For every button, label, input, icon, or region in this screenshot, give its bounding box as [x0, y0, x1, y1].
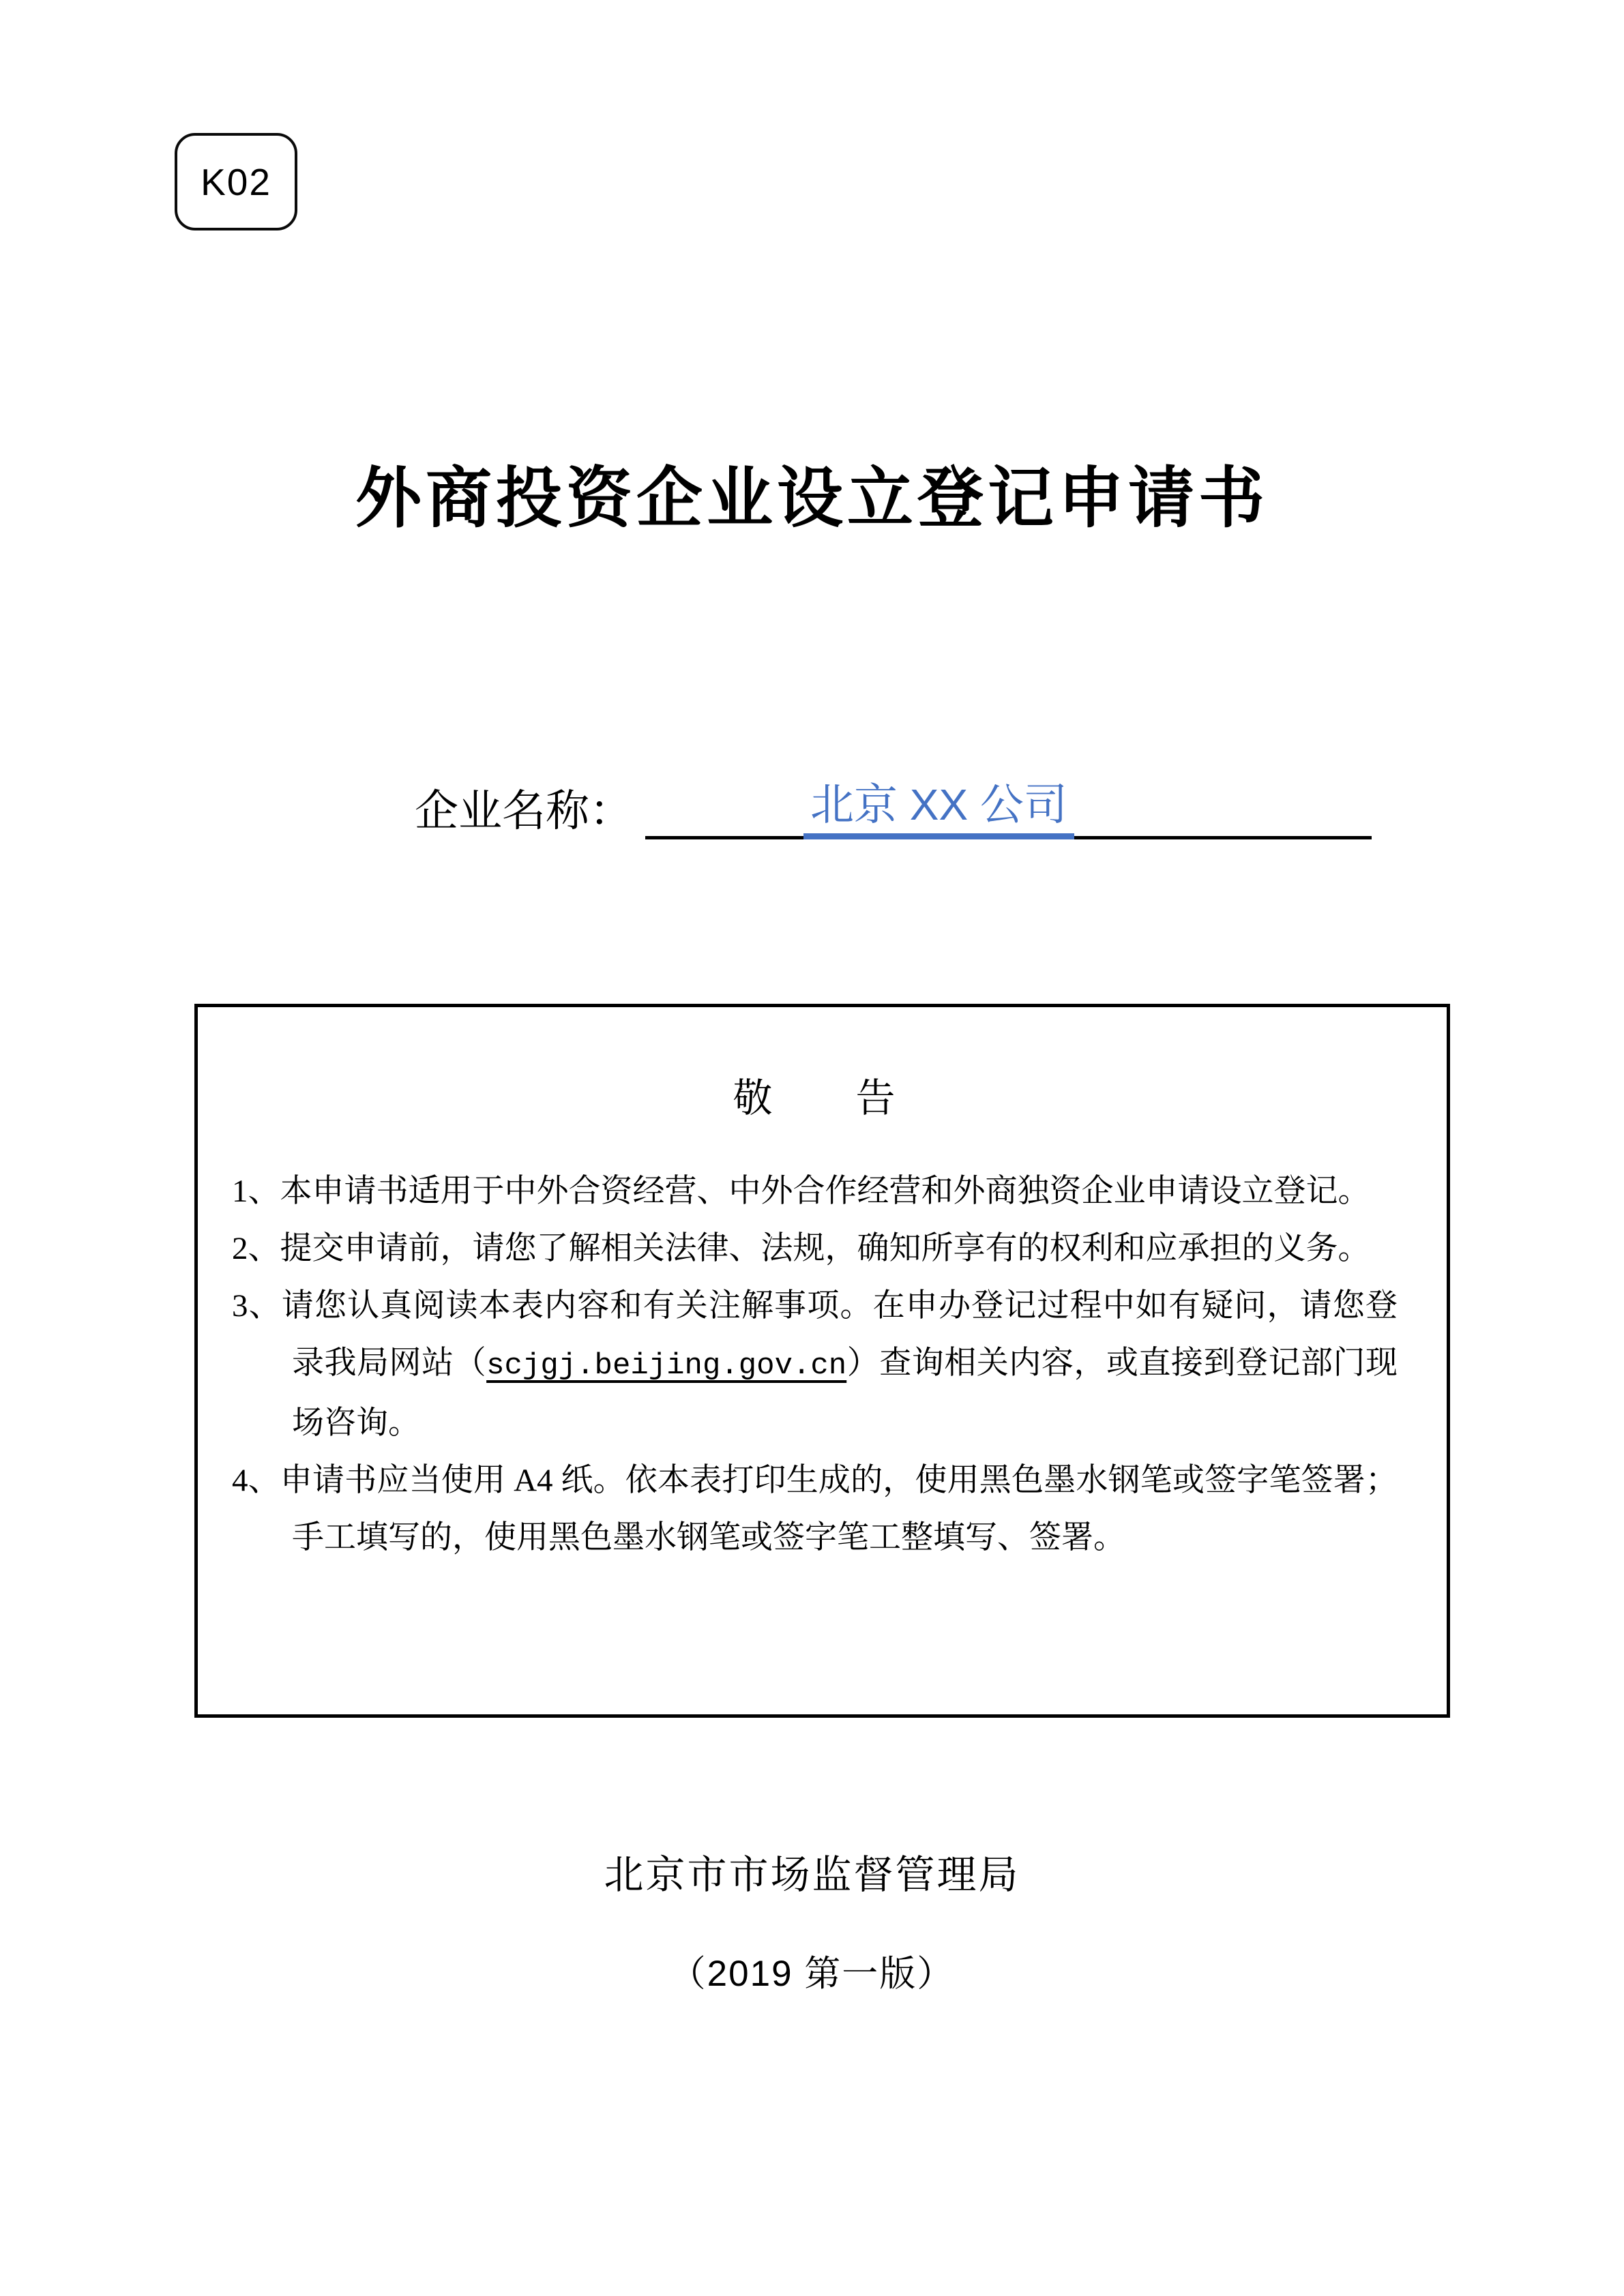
company-name-label: 企业名称：: [415, 782, 633, 839]
underline-blank-tail: [1074, 782, 1372, 839]
notice-box: 敬 告 1、本申请书适用于中外合资经营、中外合作经营和外商独资企业申请设立登记。…: [194, 1004, 1450, 1718]
company-name-line: 企业名称： 北京 XX 公司: [415, 776, 1372, 839]
notice-item: 3、请您认真阅读本表内容和有关注解事项。在申办登记过程中如有疑问，请您登录我局网…: [232, 1277, 1398, 1452]
underline-blank-lead: [645, 782, 803, 839]
company-name-value: 北京 XX 公司: [803, 776, 1074, 839]
notice-item: 4、申请书应当使用 A4 纸。依本表打印生成的，使用黑色墨水钢笔或签字笔签署；手…: [232, 1452, 1398, 1566]
form-code-text: K02: [201, 160, 271, 204]
notice-item: 1、本申请书适用于中外合资经营、中外合作经营和外商独资企业申请设立登记。: [232, 1163, 1398, 1220]
notice-heading: 敬 告: [232, 1066, 1398, 1123]
issuing-authority: 北京市市场监督管理局: [0, 1843, 1624, 1900]
form-code-badge: K02: [175, 133, 297, 230]
notice-item: 2、提交申请前，请您了解相关法律、法规，确知所享有的权利和应承担的义务。: [232, 1220, 1398, 1277]
notice-list: 1、本申请书适用于中外合资经营、中外合作经营和外商独资企业申请设立登记。 2、提…: [232, 1163, 1398, 1566]
document-title: 外商投资企业设立登记申请书: [0, 445, 1624, 540]
document-page: K02 外商投资企业设立登记申请书 企业名称： 北京 XX 公司 敬 告 1、本…: [0, 0, 1624, 2296]
version-label: （2019 第一版）: [0, 1945, 1624, 1997]
website-url: scjgj.beijing.gov.cn: [486, 1349, 846, 1383]
